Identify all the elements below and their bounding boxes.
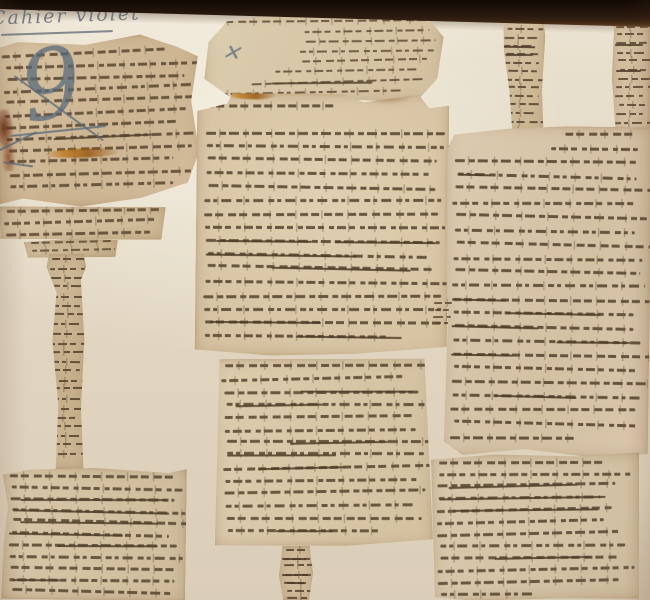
handwritten-line xyxy=(435,322,450,324)
handwritten-line xyxy=(617,33,647,35)
handwritten-line xyxy=(286,549,311,551)
handwritten-line xyxy=(504,37,537,39)
pencil-x-mark: ✕ xyxy=(220,43,241,65)
margin-annotation xyxy=(427,298,447,326)
handwritten-line xyxy=(302,58,427,63)
handwritten-line xyxy=(433,316,451,318)
handwritten-line xyxy=(53,361,84,363)
handwritten-line xyxy=(454,365,636,372)
handwritten-line xyxy=(10,157,174,164)
handwritten-line xyxy=(10,474,176,478)
handwritten-line xyxy=(440,543,625,547)
handwritten-line xyxy=(450,408,635,412)
handwritten-line xyxy=(306,39,436,43)
handwritten-line xyxy=(437,530,621,537)
handwritten-line xyxy=(206,105,337,108)
handwritten-line xyxy=(450,436,574,439)
strikethrough-mark xyxy=(12,579,60,582)
handwritten-line xyxy=(551,147,638,151)
handwritten-line xyxy=(224,414,413,419)
handwritten-line xyxy=(453,257,642,261)
handwritten-line xyxy=(456,213,647,220)
handwritten-line xyxy=(10,555,188,560)
handwritten-line xyxy=(225,478,419,483)
handwritten-line xyxy=(51,425,85,427)
handwritten-line xyxy=(225,504,416,508)
strikethrough-mark xyxy=(284,582,304,584)
handwritten-line xyxy=(284,564,315,566)
handwritten-line xyxy=(54,305,82,307)
strikethrough-mark xyxy=(616,70,641,72)
handwritten-line xyxy=(452,380,650,385)
handwritten-line xyxy=(455,268,640,275)
handwritten-line xyxy=(50,453,84,455)
handwritten-line xyxy=(52,258,91,260)
handwritten-line xyxy=(51,379,88,381)
handwritten-line xyxy=(205,199,444,202)
strikethrough-mark xyxy=(282,558,306,560)
handwritten-line xyxy=(207,144,453,149)
fragment-center-page xyxy=(195,93,450,358)
handwritten-line xyxy=(506,79,544,81)
handwritten-line xyxy=(52,322,90,324)
fragment-left-strip-a xyxy=(0,204,166,243)
handwritten-line xyxy=(52,369,80,371)
handwritten-line xyxy=(505,103,543,105)
framed-manuscript-collage: Cahier violet 9✕ xyxy=(0,0,650,600)
strikethrough-mark xyxy=(505,54,533,56)
handwritten-line xyxy=(208,184,435,191)
handwritten-line xyxy=(50,342,89,344)
strikethrough-mark xyxy=(615,44,643,46)
handwritten-line xyxy=(441,592,533,595)
handwritten-line xyxy=(205,226,449,230)
handwritten-line xyxy=(456,241,650,249)
fragment-top-center: ✕ xyxy=(203,9,445,106)
handwritten-line xyxy=(206,280,452,285)
handwritten-line xyxy=(619,104,650,106)
handwritten-line xyxy=(204,212,438,216)
handwritten-line xyxy=(221,375,405,382)
strikethrough-mark xyxy=(282,574,308,576)
handwritten-line xyxy=(616,113,643,115)
handwritten-line xyxy=(53,398,91,400)
handwritten-line xyxy=(10,182,173,189)
handwritten-line xyxy=(305,29,430,33)
handwritten-line xyxy=(52,435,84,437)
handwritten-line xyxy=(224,488,425,494)
handwritten-line xyxy=(50,268,85,270)
handwritten-line xyxy=(300,50,434,54)
handwritten-line xyxy=(7,208,161,212)
handwritten-line xyxy=(10,169,207,177)
fragment-left-column xyxy=(44,254,86,469)
handwritten-line xyxy=(456,186,650,192)
handwritten-line xyxy=(52,443,86,445)
handwritten-line xyxy=(506,112,538,114)
handwritten-line xyxy=(438,579,619,586)
handwritten-line xyxy=(224,428,415,433)
handwritten-line xyxy=(32,248,115,252)
handwritten-line xyxy=(618,78,650,80)
handwritten-line xyxy=(507,28,543,31)
fragment-top-left: 9 xyxy=(0,32,203,209)
handwritten-line xyxy=(436,518,603,525)
handwritten-line xyxy=(50,407,90,409)
handwritten-line xyxy=(508,70,537,73)
handwritten-line xyxy=(506,62,540,64)
handwritten-line xyxy=(439,461,605,464)
strikethrough-mark xyxy=(276,530,333,532)
handwritten-line xyxy=(455,228,635,234)
handwritten-line xyxy=(30,240,113,244)
handwritten-line xyxy=(207,171,431,176)
handwritten-line xyxy=(618,59,650,61)
handwritten-line xyxy=(276,69,420,74)
handwritten-line xyxy=(4,218,155,225)
fragment-right-strip xyxy=(496,14,545,138)
handwritten-line xyxy=(12,587,172,594)
handwritten-line xyxy=(565,133,635,136)
handwritten-line xyxy=(208,157,437,163)
fragment-far-right-column xyxy=(612,22,650,134)
handwritten-line xyxy=(287,597,316,599)
handwritten-line xyxy=(440,472,634,475)
handwritten-line xyxy=(49,417,78,419)
handwritten-line xyxy=(453,202,638,205)
handwritten-line xyxy=(54,285,90,287)
handwritten-line xyxy=(434,302,452,304)
handwritten-line xyxy=(225,364,431,367)
handwritten-line xyxy=(6,231,150,236)
handwritten-line xyxy=(615,95,643,97)
handwritten-line xyxy=(507,86,546,89)
handwritten-line xyxy=(206,131,445,134)
handwritten-line xyxy=(454,420,637,428)
handwritten-line xyxy=(227,517,422,520)
handwritten-line xyxy=(10,565,175,570)
handwritten-line xyxy=(12,485,183,491)
fragment-bottom-right xyxy=(431,453,641,600)
handwritten-line xyxy=(435,309,449,311)
handwritten-line xyxy=(50,296,88,298)
handwritten-line xyxy=(505,121,546,123)
fragment-center-bottom xyxy=(213,357,433,547)
strikethrough-mark xyxy=(21,499,168,501)
fragments-layer: 9✕ xyxy=(0,0,650,600)
handwritten-line xyxy=(452,284,645,288)
handwritten-line xyxy=(616,86,650,88)
handwritten-line xyxy=(50,387,88,389)
handwritten-line xyxy=(617,52,647,54)
handwritten-line xyxy=(54,313,86,315)
handwritten-line xyxy=(204,308,445,311)
fragment-bottom-left xyxy=(1,467,187,600)
handwritten-line xyxy=(53,333,86,335)
handwritten-line xyxy=(287,590,319,592)
handwritten-line xyxy=(50,350,90,352)
handwritten-line xyxy=(454,159,637,164)
handwritten-line xyxy=(507,94,539,97)
handwritten-line xyxy=(51,277,87,279)
strikethrough-mark xyxy=(503,45,535,48)
handwritten-line xyxy=(203,295,441,299)
fragment-bottom-center-strip xyxy=(279,546,313,600)
handwritten-line xyxy=(438,565,635,572)
fragment-right-page xyxy=(442,125,650,458)
handwritten-line xyxy=(615,122,650,124)
